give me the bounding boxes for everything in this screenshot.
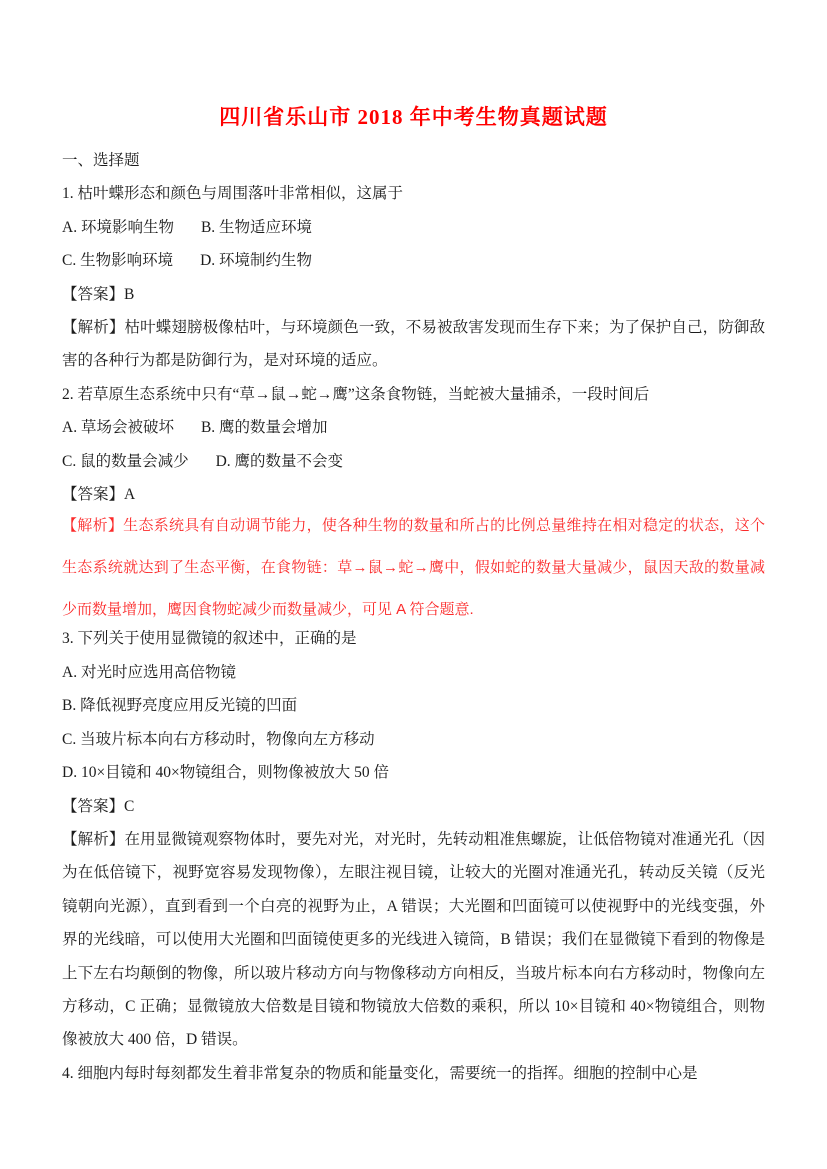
question-1-option-b: B. 生物适应环境 xyxy=(201,211,312,244)
question-1-option-a: A. 环境影响生物 xyxy=(62,211,174,244)
question-1-options-row-1: A. 环境影响生物 B. 生物适应环境 xyxy=(62,211,765,244)
question-3-option-b: B. 降低视野亮度应用反光镜的凹面 xyxy=(62,689,765,722)
question-3-option-d: D. 10×目镜和 40×物镜组合，则物像被放大 50 倍 xyxy=(62,756,765,789)
question-2-option-d: D. 鹰的数量不会变 xyxy=(216,445,343,478)
question-2-stem: 2. 若草原生态系统中只有“草→鼠→蛇→鹰”这条食物链，当蛇被大量捕杀，一段时间… xyxy=(62,378,765,411)
question-3-analysis: 【解析】在用显微镜观察物体时，要先对光，对光时，先转动粗准焦螺旋，让低倍物镜对准… xyxy=(62,823,765,1057)
question-1-stem: 1. 枯叶蝶形态和颜色与周围落叶非常相似，这属于 xyxy=(62,177,765,210)
question-1-options-row-2: C. 生物影响环境 D. 环境制约生物 xyxy=(62,244,765,277)
question-3-answer: 【答案】C xyxy=(62,790,765,823)
question-2-options-row-2: C. 鼠的数量会减少 D. 鹰的数量不会变 xyxy=(62,445,765,478)
question-1-option-c: C. 生物影响环境 xyxy=(62,244,173,277)
question-1-option-d: D. 环境制约生物 xyxy=(200,244,312,277)
question-2-option-a: A. 草场会被破坏 xyxy=(62,411,174,444)
document-page: 四川省乐山市 2018 年中考生物真题试题 一、选择题 1. 枯叶蝶形态和颜色与… xyxy=(0,0,827,1169)
question-3-option-c: C. 当玻片标本向右方移动时，物像向左方移动 xyxy=(62,723,765,756)
question-2-option-c: C. 鼠的数量会减少 xyxy=(62,445,189,478)
section-heading: 一、选择题 xyxy=(62,144,765,177)
question-4-stem: 4. 细胞内每时每刻都发生着非常复杂的物质和能量变化，需要统一的指挥。细胞的控制… xyxy=(62,1057,765,1090)
question-1-analysis: 【解析】枯叶蝶翅膀极像枯叶，与环境颜色一致，不易被敌害发现而生存下来；为了保护自… xyxy=(62,311,765,378)
question-2-analysis: 【解析】生态系统具有自动调节能力，使各种生物的数量和所占的比例总量维持在相对稳定… xyxy=(62,505,765,631)
question-3-option-a: A. 对光时应选用高倍物镜 xyxy=(62,656,765,689)
question-1-answer: 【答案】B xyxy=(62,278,765,311)
page-title: 四川省乐山市 2018 年中考生物真题试题 xyxy=(62,102,765,132)
question-2-option-b: B. 鹰的数量会增加 xyxy=(201,411,328,444)
question-2-options-row-1: A. 草场会被破坏 B. 鹰的数量会增加 xyxy=(62,411,765,444)
